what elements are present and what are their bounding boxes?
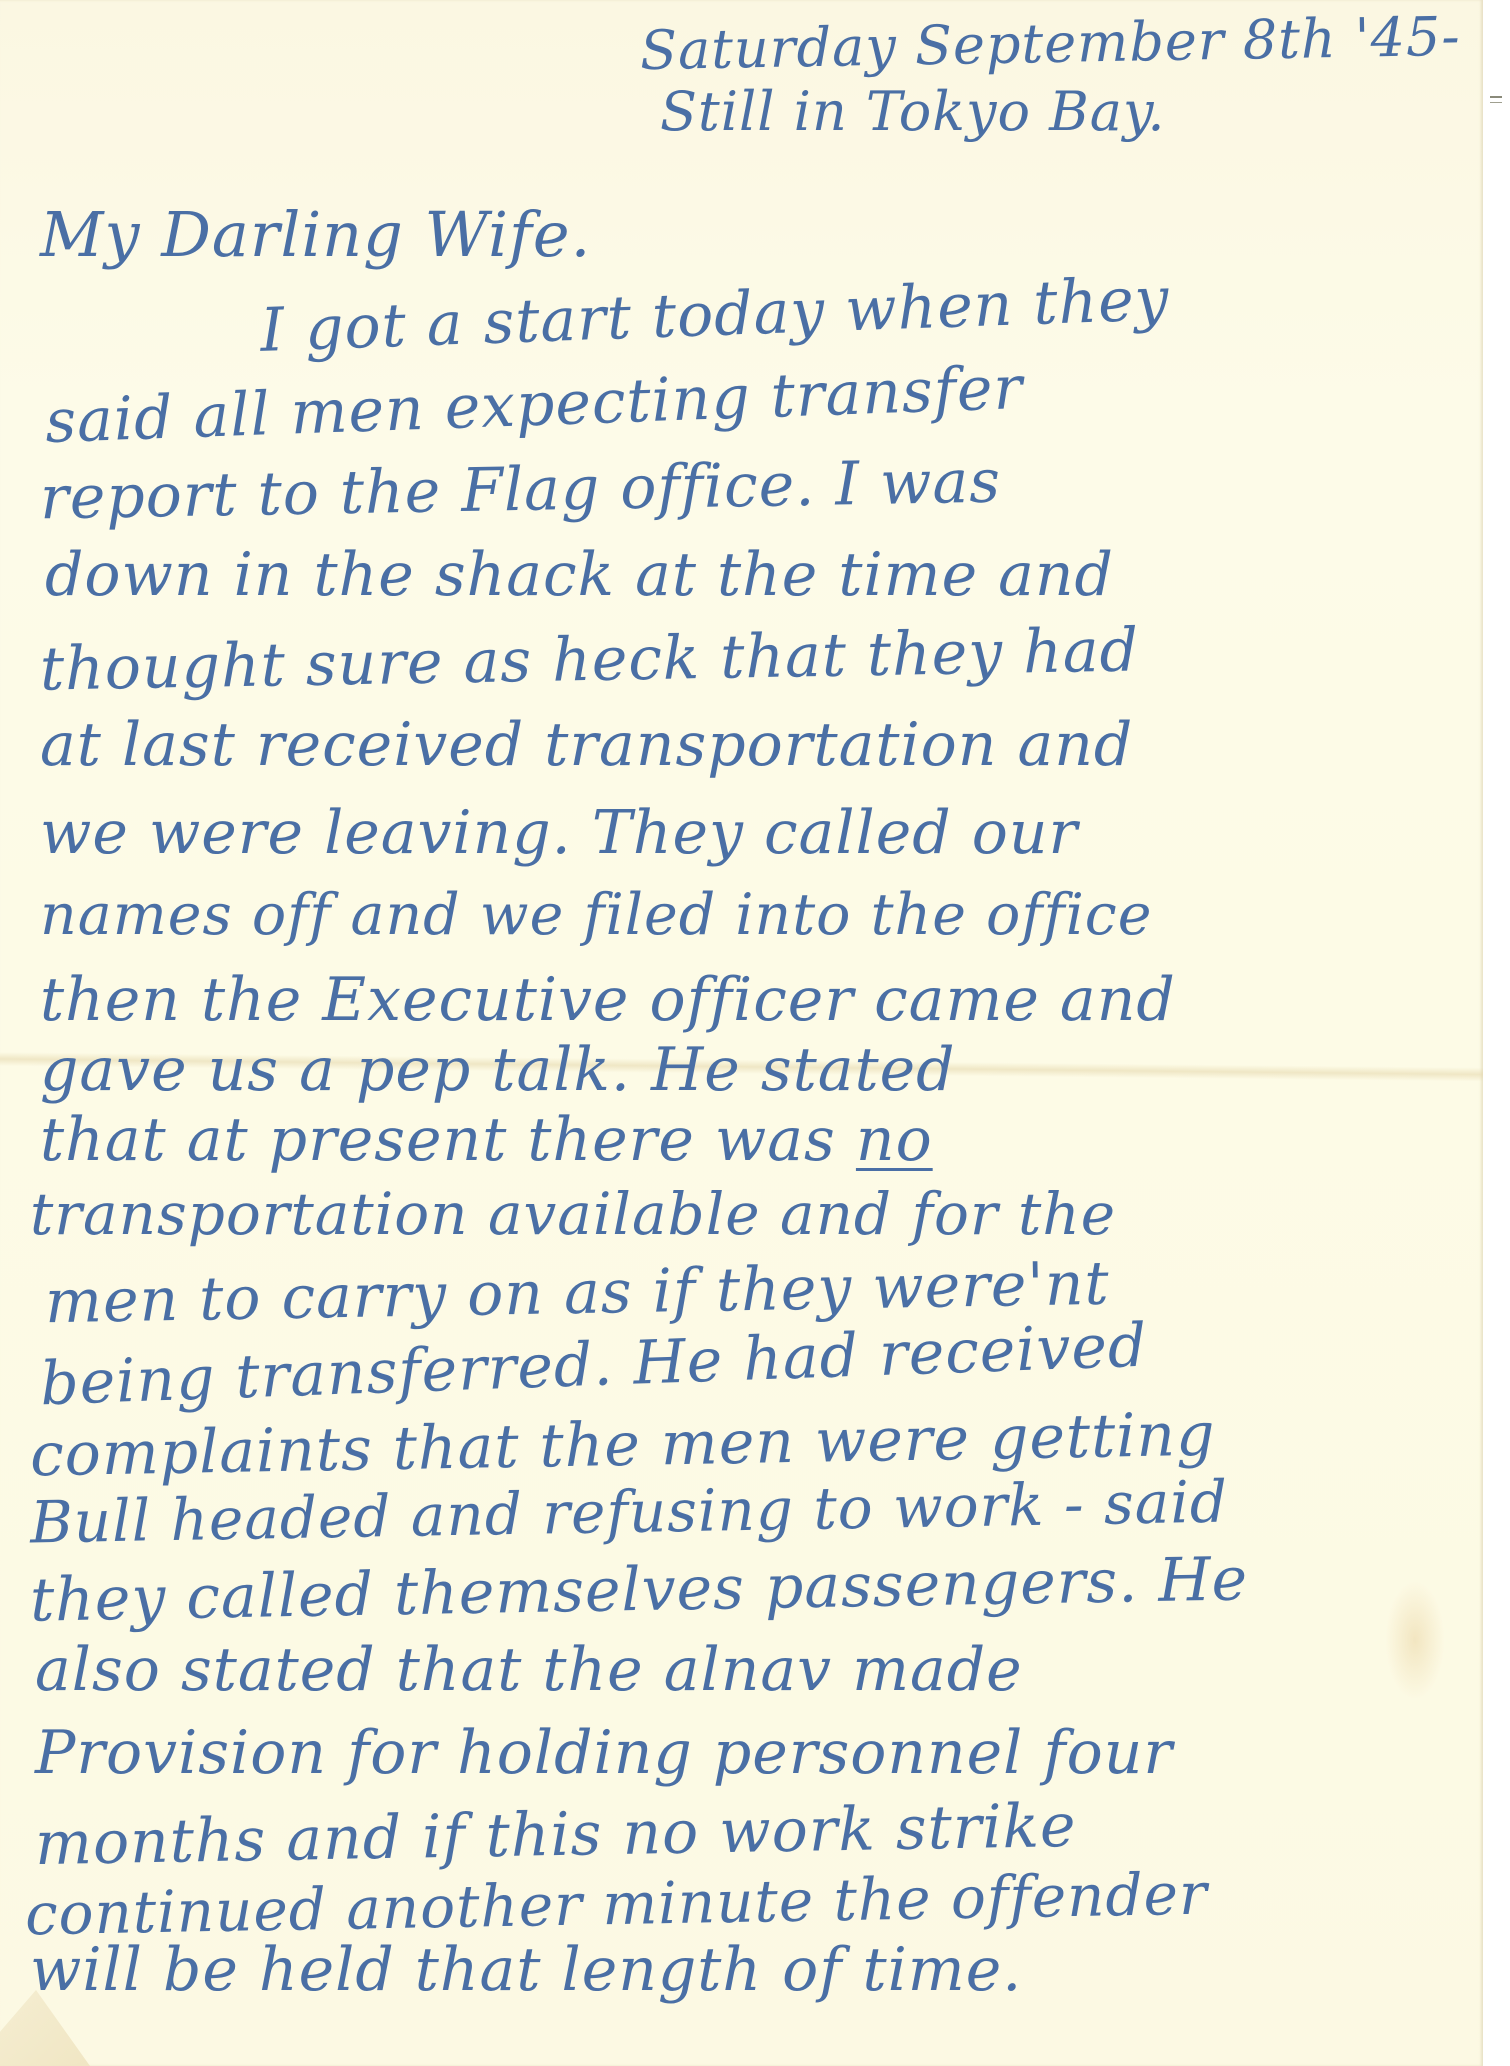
scan-edge-mark — [1490, 96, 1502, 103]
body-line: then the Executive officer came and — [40, 965, 1176, 1035]
body-line: transportation available and for the — [30, 1180, 1116, 1248]
letter-paper: Saturday September 8th '45- Still in Tok… — [0, 0, 1483, 2066]
body-line: report to the Flag office. I was — [39, 447, 1001, 534]
body-line: they called themselves passengers. He — [29, 1544, 1248, 1635]
body-line: names off and we filed into the office — [40, 882, 1152, 948]
body-line: said all men expecting transfer — [44, 353, 1024, 457]
salutation: My Darling Wife. — [40, 198, 591, 271]
body-line: down in the shack at the time and — [45, 540, 1114, 610]
paper-stain — [1385, 1580, 1445, 1700]
body-line-text: that at present there was — [40, 1105, 836, 1175]
body-line: also stated that the alnav made — [35, 1635, 1023, 1705]
underlined-emphasis: no — [856, 1105, 933, 1175]
body-line: will be held that length of time. — [30, 1935, 1022, 2005]
body-line: thought sure as heck that they had — [39, 615, 1139, 704]
body-line: at last received transportation and — [40, 710, 1133, 780]
letter-date: Saturday September 8th '45- — [640, 5, 1462, 82]
body-line: that at present there was no — [40, 1105, 933, 1175]
body-line: we were leaving. They called our — [40, 798, 1078, 868]
letter-location: Still in Tokyo Bay. — [660, 80, 1166, 143]
body-line: I got a start today when they — [259, 264, 1171, 366]
body-line: gave us a pep talk. He stated — [40, 1035, 956, 1105]
body-line: Provision for holding personnel four — [35, 1718, 1173, 1788]
